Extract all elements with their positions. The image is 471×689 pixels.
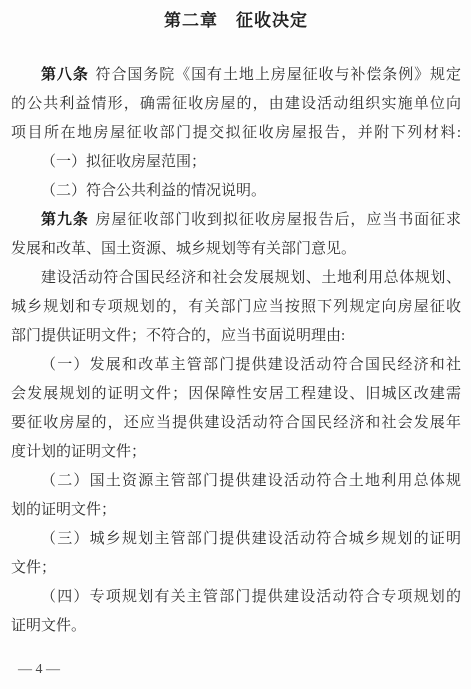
text-line: 项目所在地房屋征收部门提交拟征收房屋报告，并附下列材料: <box>11 119 461 148</box>
article-number-bold: 第八条 <box>41 67 89 83</box>
text-line: 发展和改革、国土资源、城乡规划等有关部门意见。 <box>11 235 461 264</box>
text-line: 度计划的证明文件； <box>11 438 461 467</box>
text-line: 会发展规划的证明文件；因保障性安居工程建设、旧城区改建需 <box>11 380 461 409</box>
text-line: （四）专项规划有关主管部门提供建设活动符合专项规划的 <box>11 583 461 612</box>
text-line: 建设活动符合国民经济和社会发展规划、土地利用总体规划、 <box>11 264 461 293</box>
text-line: 第八条符合国务院《国有土地上房屋征收与补偿条例》规定 <box>11 61 461 90</box>
chapter-title: 第二章 征收决定 <box>11 6 461 35</box>
text-line: 证明文件。 <box>11 612 461 641</box>
text-line: （一）发展和改革主管部门提供建设活动符合国民经济和社 <box>11 351 461 380</box>
text-line: 划的证明文件； <box>11 496 461 525</box>
text-line: 要征收房屋的，还应当提供建设活动符合国民经济和社会发展年 <box>11 409 461 438</box>
text-line: 城乡规划和专项规划的，有关部门应当按照下列规定向房屋征收 <box>11 293 461 322</box>
text-line: 文件； <box>11 554 461 583</box>
page-number: — 4 — <box>18 662 60 678</box>
text-line: （一）拟征收房屋范围； <box>11 148 461 177</box>
text-line: 的公共利益情形，确需征收房屋的，由建设活动组织实施单位向 <box>11 90 461 119</box>
line-text: 符合国务院《国有土地上房屋征收与补偿条例》规定 <box>96 67 461 83</box>
document-body: 第八条符合国务院《国有土地上房屋征收与补偿条例》规定的公共利益情形，确需征收房屋… <box>11 61 461 641</box>
text-line: （三）城乡规划主管部门提供建设活动符合城乡规划的证明 <box>11 525 461 554</box>
text-line: （二）国土资源主管部门提供建设活动符合土地利用总体规 <box>11 467 461 496</box>
line-text: 房屋征收部门收到拟征收房屋报告后，应当书面征求 <box>96 212 461 228</box>
text-line: 部门提供证明文件；不符合的，应当书面说明理由: <box>11 322 461 351</box>
text-line: 第九条房屋征收部门收到拟征收房屋报告后，应当书面征求 <box>11 206 461 235</box>
document-page: 第二章 征收决定 第八条符合国务院《国有土地上房屋征收与补偿条例》规定的公共利益… <box>0 0 471 689</box>
article-number-bold: 第九条 <box>41 212 89 228</box>
text-line: （二）符合公共利益的情况说明。 <box>11 177 461 206</box>
